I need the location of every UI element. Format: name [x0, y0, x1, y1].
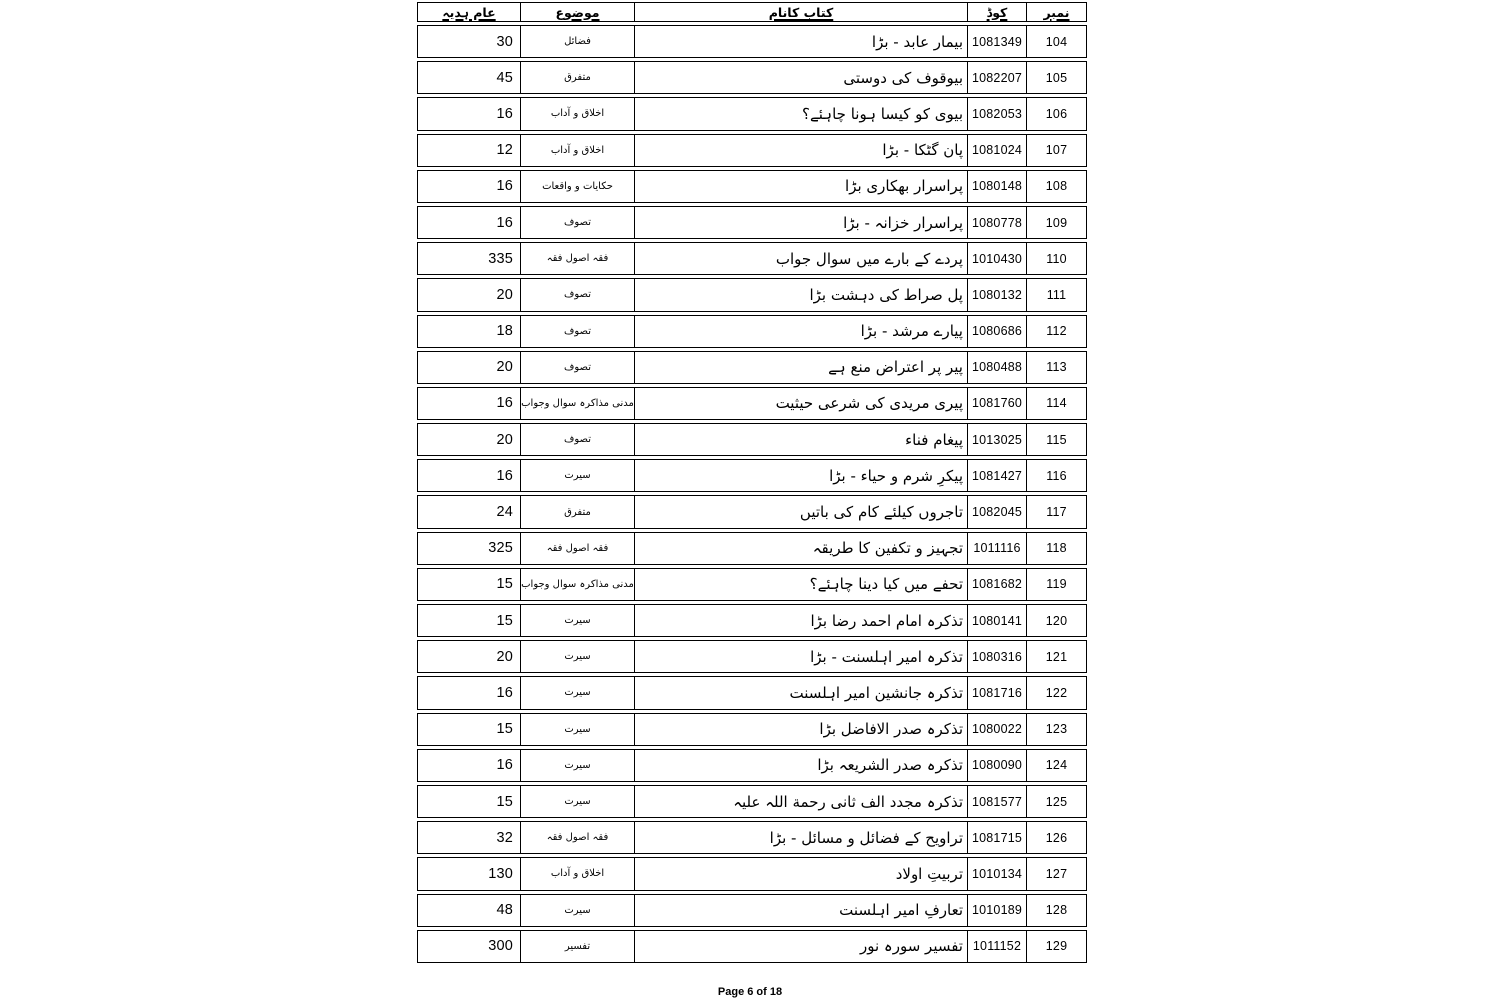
row-subject-cell: حکایات و واقعات	[520, 170, 634, 203]
table-row: 124 1080090 تذکرہ صدر الشریعہ بڑا سیرت 1…	[417, 749, 1087, 782]
table-row: 122 1081716 تذکرہ جانشین امیر اہلسنت سیر…	[417, 676, 1087, 709]
table-row: 129 1011152 تفسیر سورہ نور تفسیر 300	[417, 930, 1087, 963]
table-row: 105 1082207 بیوقوف کی دوستی متفرق 45	[417, 61, 1087, 94]
row-price-cell: 24	[417, 495, 520, 528]
row-price-cell: 300	[417, 930, 520, 963]
table-row: 111 1080132 پل صراط کی دہشت بڑا تصوف 20	[417, 278, 1087, 311]
page-footer: Page 6 of 18	[0, 986, 1500, 998]
row-number-cell: 124	[1026, 749, 1087, 782]
row-code-cell: 1080316	[967, 640, 1026, 673]
table-row: 125 1081577 تذکرہ مجدد الف ثانی رحمة الل…	[417, 785, 1087, 818]
row-price-cell: 15	[417, 568, 520, 601]
row-title-cell: پراسرار خزانہ - بڑا	[634, 206, 967, 239]
row-code-cell: 1080132	[967, 278, 1026, 311]
row-number-cell: 116	[1026, 459, 1087, 492]
row-title-cell: تذکرہ مجدد الف ثانی رحمة اللہ علیہ	[634, 785, 967, 818]
table-row: 114 1081760 پیری مریدی کی شرعی حیثیت مدن…	[417, 387, 1087, 420]
row-title-cell: بیوقوف کی دوستی	[634, 61, 967, 94]
table-row: 110 1010430 پردے کے بارے میں سوال جواب ف…	[417, 242, 1087, 275]
row-number-cell: 113	[1026, 351, 1087, 384]
row-subject-cell: سیرت	[520, 640, 634, 673]
row-title-cell: پردے کے بارے میں سوال جواب	[634, 242, 967, 275]
row-title-cell: تراویح کے فضائل و مسائل - بڑا	[634, 821, 967, 854]
header-number: نمبر	[1026, 2, 1087, 22]
row-number-cell: 112	[1026, 315, 1087, 348]
row-number-cell: 115	[1026, 423, 1087, 456]
row-code-cell: 1081024	[967, 134, 1026, 167]
header-number-label: نمبر	[1044, 5, 1070, 20]
row-number-cell: 118	[1026, 532, 1087, 565]
row-code-cell: 1081427	[967, 459, 1026, 492]
row-code-cell: 1080090	[967, 749, 1026, 782]
row-code-cell: 1080686	[967, 315, 1026, 348]
row-subject-cell: مدنی مذاکرہ سوال وجواب	[520, 568, 634, 601]
row-subject-cell: مدنی مذاکرہ سوال وجواب	[520, 387, 634, 420]
row-subject-cell: متفرق	[520, 495, 634, 528]
row-number-cell: 125	[1026, 785, 1087, 818]
row-number-cell: 107	[1026, 134, 1087, 167]
row-subject-cell: سیرت	[520, 785, 634, 818]
row-price-cell: 30	[417, 25, 520, 58]
table-row: 121 1080316 تذکرہ امیر اہلسنت - بڑا سیرت…	[417, 640, 1087, 673]
row-code-cell: 1081716	[967, 676, 1026, 709]
row-price-cell: 32	[417, 821, 520, 854]
row-title-cell: تذکرہ جانشین امیر اہلسنت	[634, 676, 967, 709]
table-row: 104 1081349 بیمار عابد - بڑا فضائل 30	[417, 25, 1087, 58]
row-title-cell: تذکرہ امیر اہلسنت - بڑا	[634, 640, 967, 673]
header-book-name-label: کتاب کانام	[769, 5, 834, 20]
row-title-cell: تعارفِ امیر اہلسنت	[634, 894, 967, 927]
row-code-cell: 1080488	[967, 351, 1026, 384]
row-title-cell: تربیتِ اولاد	[634, 857, 967, 890]
row-code-cell: 1081577	[967, 785, 1026, 818]
table-row: 106 1082053 بیوی کو کیسا ہونا چاہئے؟ اخل…	[417, 97, 1087, 130]
table-row: 112 1080686 پیارے مرشد - بڑا تصوف 18	[417, 315, 1087, 348]
row-subject-cell: سیرت	[520, 676, 634, 709]
row-code-cell: 1081715	[967, 821, 1026, 854]
row-subject-cell: سیرت	[520, 713, 634, 746]
table-row: 126 1081715 تراویح کے فضائل و مسائل - بڑ…	[417, 821, 1087, 854]
row-subject-cell: اخلاق و آداب	[520, 857, 634, 890]
row-title-cell: پل صراط کی دہشت بڑا	[634, 278, 967, 311]
row-price-cell: 335	[417, 242, 520, 275]
row-price-cell: 12	[417, 134, 520, 167]
row-number-cell: 127	[1026, 857, 1087, 890]
row-number-cell: 106	[1026, 97, 1087, 130]
row-price-cell: 45	[417, 61, 520, 94]
row-number-cell: 117	[1026, 495, 1087, 528]
row-number-cell: 111	[1026, 278, 1087, 311]
row-code-cell: 1013025	[967, 423, 1026, 456]
row-title-cell: پیر پر اعتراض منع ہے	[634, 351, 967, 384]
row-code-cell: 1011116	[967, 532, 1026, 565]
row-subject-cell: تصوف	[520, 351, 634, 384]
table-row: 128 1010189 تعارفِ امیر اہلسنت سیرت 48	[417, 894, 1087, 927]
row-title-cell: تحفے میں کیا دینا چاہئے؟	[634, 568, 967, 601]
row-subject-cell: تصوف	[520, 423, 634, 456]
row-code-cell: 1081760	[967, 387, 1026, 420]
row-price-cell: 16	[417, 749, 520, 782]
row-price-cell: 16	[417, 97, 520, 130]
row-number-cell: 120	[1026, 604, 1087, 637]
row-code-cell: 1081349	[967, 25, 1026, 58]
row-title-cell: تذکرہ صدر الشریعہ بڑا	[634, 749, 967, 782]
row-price-cell: 16	[417, 459, 520, 492]
row-price-cell: 16	[417, 387, 520, 420]
row-subject-cell: فضائل	[520, 25, 634, 58]
header-code: کوڈ	[967, 2, 1026, 22]
row-subject-cell: اخلاق و آداب	[520, 134, 634, 167]
header-price: عام ہدیہ	[417, 2, 520, 22]
row-subject-cell: سیرت	[520, 604, 634, 637]
table-row: 115 1013025 پیغام فناء تصوف 20	[417, 423, 1087, 456]
row-price-cell: 15	[417, 604, 520, 637]
row-code-cell: 1080778	[967, 206, 1026, 239]
table-row: 116 1081427 پیکرِ شرم و حیاء - بڑا سیرت …	[417, 459, 1087, 492]
row-price-cell: 16	[417, 170, 520, 203]
row-number-cell: 128	[1026, 894, 1087, 927]
table-row: 119 1081682 تحفے میں کیا دینا چاہئے؟ مدن…	[417, 568, 1087, 601]
row-title-cell: پیارے مرشد - بڑا	[634, 315, 967, 348]
row-title-cell: پراسرار بھکاری بڑا	[634, 170, 967, 203]
row-title-cell: بیمار عابد - بڑا	[634, 25, 967, 58]
row-code-cell: 1081682	[967, 568, 1026, 601]
row-subject-cell: تصوف	[520, 315, 634, 348]
row-price-cell: 16	[417, 206, 520, 239]
row-title-cell: تفسیر سورہ نور	[634, 930, 967, 963]
row-code-cell: 1082045	[967, 495, 1026, 528]
row-price-cell: 15	[417, 785, 520, 818]
table-row: 109 1080778 پراسرار خزانہ - بڑا تصوف 16	[417, 206, 1087, 239]
row-price-cell: 48	[417, 894, 520, 927]
row-number-cell: 119	[1026, 568, 1087, 601]
row-code-cell: 1080148	[967, 170, 1026, 203]
row-number-cell: 105	[1026, 61, 1087, 94]
row-code-cell: 1080141	[967, 604, 1026, 637]
row-number-cell: 129	[1026, 930, 1087, 963]
row-title-cell: پیری مریدی کی شرعی حیثیت	[634, 387, 967, 420]
row-number-cell: 122	[1026, 676, 1087, 709]
row-title-cell: بیوی کو کیسا ہونا چاہئے؟	[634, 97, 967, 130]
row-number-cell: 108	[1026, 170, 1087, 203]
row-subject-cell: فقہ اصول فقہ	[520, 821, 634, 854]
row-number-cell: 123	[1026, 713, 1087, 746]
row-subject-cell: سیرت	[520, 749, 634, 782]
row-subject-cell: تصوف	[520, 278, 634, 311]
row-title-cell: پیغام فناء	[634, 423, 967, 456]
table-row: 118 1011116 تجہیز و تکفین کا طریقہ فقہ ا…	[417, 532, 1087, 565]
row-price-cell: 130	[417, 857, 520, 890]
row-title-cell: تاجروں کیلئے کام کی باتیں	[634, 495, 967, 528]
row-subject-cell: فقہ اصول فقہ	[520, 242, 634, 275]
row-price-cell: 16	[417, 676, 520, 709]
table-row: 120 1080141 تذکرہ امام احمد رضا بڑا سیرت…	[417, 604, 1087, 637]
row-price-cell: 20	[417, 278, 520, 311]
row-subject-cell: تصوف	[520, 206, 634, 239]
table-row: 117 1082045 تاجروں کیلئے کام کی باتیں مت…	[417, 495, 1087, 528]
row-price-cell: 18	[417, 315, 520, 348]
row-title-cell: پیکرِ شرم و حیاء - بڑا	[634, 459, 967, 492]
table-row: 127 1010134 تربیتِ اولاد اخلاق و آداب 13…	[417, 857, 1087, 890]
row-subject-cell: سیرت	[520, 894, 634, 927]
table-header-row: نمبر کوڈ کتاب کانام موضوع عام ہدیہ	[417, 2, 1087, 22]
row-code-cell: 1010189	[967, 894, 1026, 927]
header-price-label: عام ہدیہ	[442, 5, 495, 20]
row-code-cell: 1082053	[967, 97, 1026, 130]
row-number-cell: 109	[1026, 206, 1087, 239]
row-subject-cell: سیرت	[520, 459, 634, 492]
row-number-cell: 114	[1026, 387, 1087, 420]
row-title-cell: پان گٹکا - بڑا	[634, 134, 967, 167]
header-subject-label: موضوع	[555, 5, 599, 20]
header-book-name: کتاب کانام	[634, 2, 967, 22]
table-row: 108 1080148 پراسرار بھکاری بڑا حکایات و …	[417, 170, 1087, 203]
row-number-cell: 126	[1026, 821, 1087, 854]
row-code-cell: 1011152	[967, 930, 1026, 963]
row-title-cell: تذکرہ صدر الافاضل بڑا	[634, 713, 967, 746]
table-row: 113 1080488 پیر پر اعتراض منع ہے تصوف 20	[417, 351, 1087, 384]
row-number-cell: 110	[1026, 242, 1087, 275]
table-row: 107 1081024 پان گٹکا - بڑا اخلاق و آداب …	[417, 134, 1087, 167]
row-price-cell: 15	[417, 713, 520, 746]
row-number-cell: 104	[1026, 25, 1087, 58]
row-subject-cell: تفسیر	[520, 930, 634, 963]
row-code-cell: 1010430	[967, 242, 1026, 275]
book-list-table: نمبر کوڈ کتاب کانام موضوع عام ہدیہ 104 1…	[417, 2, 1087, 963]
row-code-cell: 1082207	[967, 61, 1026, 94]
row-price-cell: 20	[417, 423, 520, 456]
row-subject-cell: متفرق	[520, 61, 634, 94]
header-subject: موضوع	[520, 2, 634, 22]
row-subject-cell: اخلاق و آداب	[520, 97, 634, 130]
row-subject-cell: فقہ اصول فقہ	[520, 532, 634, 565]
table-row: 123 1080022 تذکرہ صدر الافاضل بڑا سیرت 1…	[417, 713, 1087, 746]
row-title-cell: تذکرہ امام احمد رضا بڑا	[634, 604, 967, 637]
row-code-cell: 1080022	[967, 713, 1026, 746]
document-page: نمبر کوڈ کتاب کانام موضوع عام ہدیہ 104 1…	[0, 0, 1500, 1000]
row-number-cell: 121	[1026, 640, 1087, 673]
header-code-label: کوڈ	[987, 5, 1008, 20]
row-title-cell: تجہیز و تکفین کا طریقہ	[634, 532, 967, 565]
row-price-cell: 20	[417, 351, 520, 384]
row-price-cell: 20	[417, 640, 520, 673]
row-price-cell: 325	[417, 532, 520, 565]
row-code-cell: 1010134	[967, 857, 1026, 890]
